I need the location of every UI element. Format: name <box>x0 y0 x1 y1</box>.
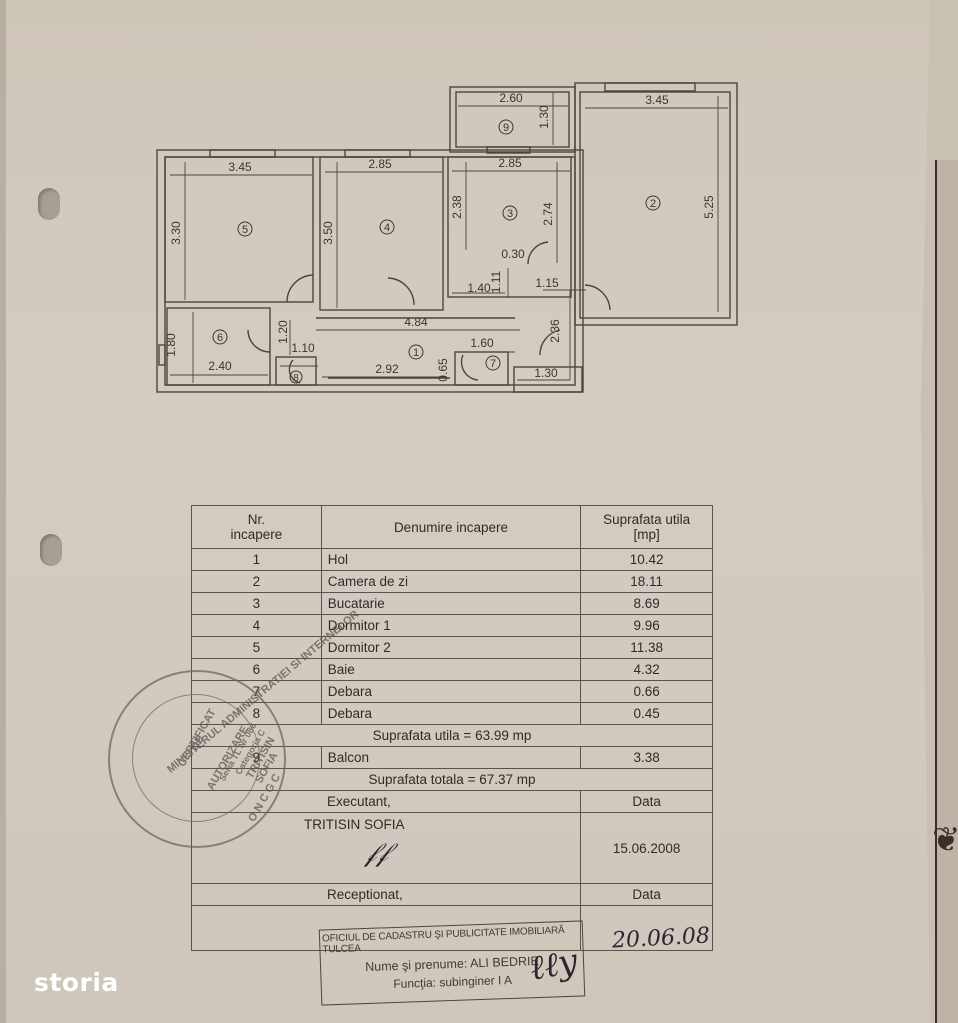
ornament-icon: ❦ <box>932 820 958 860</box>
receptionat-header-row: Receptionat, Data <box>192 884 713 906</box>
svg-text:1: 1 <box>413 347 419 359</box>
svg-text:0.65: 0.65 <box>436 358 450 382</box>
svg-text:6: 6 <box>217 332 223 344</box>
svg-text:2.60: 2.60 <box>499 91 523 105</box>
table-header-row: Nr.incapere Denumire incapere Suprafata … <box>192 506 713 549</box>
svg-text:4: 4 <box>384 222 390 234</box>
svg-text:4.84: 4.84 <box>404 315 428 329</box>
svg-text:1.80: 1.80 <box>164 333 178 357</box>
svg-text:3: 3 <box>507 208 513 220</box>
svg-text:5.25: 5.25 <box>702 195 716 219</box>
round-stamp: MINISTERUL ADMINISTRATIEI SI INTERNELOR … <box>108 670 286 848</box>
svg-text:3.30: 3.30 <box>169 221 183 245</box>
svg-text:2.92: 2.92 <box>375 362 399 376</box>
svg-text:1.40: 1.40 <box>467 281 491 295</box>
storia-logo: storia <box>34 968 119 997</box>
executant-date: 15.06.2008 <box>581 813 713 884</box>
receptionat-signature: ℓℓy <box>527 941 581 989</box>
table-row: 1Hol10.42 <box>192 549 713 571</box>
svg-text:2.38: 2.38 <box>450 195 464 219</box>
svg-text:2.40: 2.40 <box>208 359 232 373</box>
svg-text:1.11: 1.11 <box>489 270 503 293</box>
svg-text:0.30: 0.30 <box>501 247 525 261</box>
executant-signature: 𝒻𝒻 <box>365 838 388 869</box>
svg-text:2: 2 <box>650 198 656 210</box>
svg-text:1.10: 1.10 <box>291 341 315 355</box>
svg-text:3.45: 3.45 <box>228 160 252 174</box>
svg-text:2.36: 2.36 <box>548 319 562 343</box>
svg-text:8: 8 <box>293 373 299 384</box>
punch-hole-icon <box>40 534 62 566</box>
svg-text:5: 5 <box>242 224 248 236</box>
executant-row: TRITISIN SOFIA 15.06.2008 <box>192 813 713 884</box>
floor-plan: 3.45 3.30 2.85 3.50 2.85 2.38 2.74 0.30 … <box>0 0 958 420</box>
table-row: 5Dormitor 211.38 <box>192 637 713 659</box>
svg-text:1.60: 1.60 <box>470 336 494 350</box>
svg-text:3.50: 3.50 <box>321 221 335 245</box>
header-name: Denumire incapere <box>321 506 580 549</box>
svg-text:2.74: 2.74 <box>541 202 555 226</box>
svg-text:1.20: 1.20 <box>276 320 290 344</box>
svg-text:9: 9 <box>503 122 509 134</box>
svg-text:3.45: 3.45 <box>645 93 669 107</box>
svg-text:1.15: 1.15 <box>535 276 559 290</box>
table-row: 2Camera de zi18.11 <box>192 571 713 593</box>
table-row: 4Dormitor 19.96 <box>192 615 713 637</box>
table-row: 3Bucatarie8.69 <box>192 593 713 615</box>
svg-text:1.30: 1.30 <box>534 366 558 380</box>
receptionat-date-handwritten: 20.06.08 <box>611 923 710 953</box>
header-area: Suprafata utila[mp] <box>581 506 713 549</box>
svg-text:7: 7 <box>490 358 496 370</box>
svg-text:1.30: 1.30 <box>537 105 551 129</box>
svg-text:2.85: 2.85 <box>368 157 392 171</box>
header-nr: Nr.incapere <box>192 506 322 549</box>
svg-text:2.85: 2.85 <box>498 156 522 170</box>
